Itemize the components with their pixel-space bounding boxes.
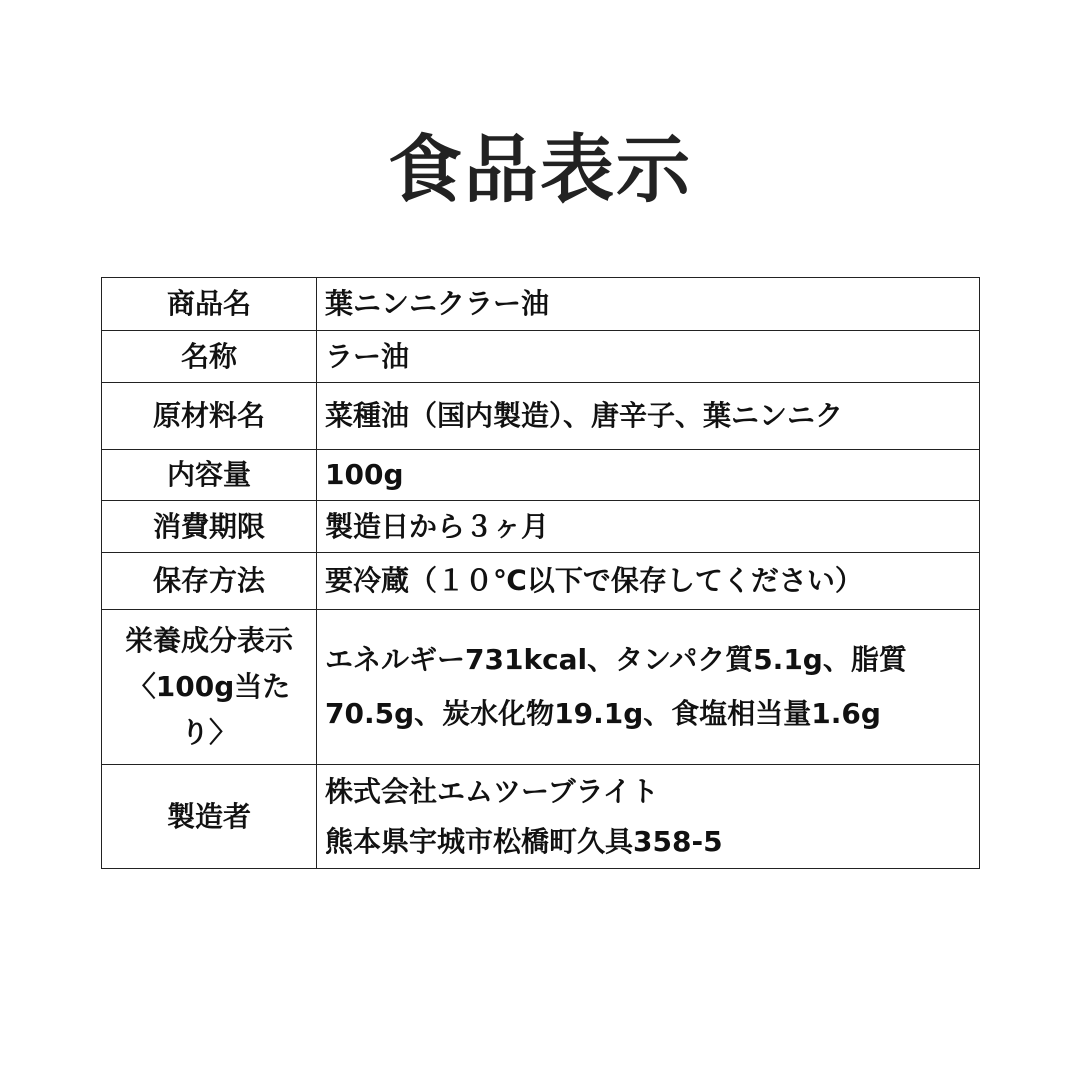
row-value: ラー油 (317, 331, 980, 383)
manufacturer-value: 株式会社エムツーブライト 熊本県宇城市松橋町久具358-5 (317, 765, 980, 869)
table-row-storage: 保存方法 要冷蔵（１０℃以下で保存してください） (102, 553, 980, 610)
nutrition-label-line: 〈100g当た (102, 664, 316, 710)
table-row-product-name: 商品名 葉ニンニクラー油 (102, 278, 980, 331)
nutrition-label-line: 栄養成分表示 (102, 618, 316, 664)
row-value: 要冷蔵（１０℃以下で保存してください） (317, 553, 980, 610)
nutrition-value-line: 70.5g、炭水化物19.1g、食塩相当量1.6g (325, 687, 979, 741)
table-row-expiry: 消費期限 製造日から３ヶ月 (102, 501, 980, 553)
manufacturer-label: 製造者 (102, 765, 317, 869)
food-label-table: 商品名 葉ニンニクラー油 名称 ラー油 原材料名 菜種油（国内製造）、唐辛子、葉… (101, 277, 980, 869)
row-label: 保存方法 (102, 553, 317, 610)
table-row-name: 名称 ラー油 (102, 331, 980, 383)
nutrition-value-line: エネルギー731kcal、タンパク質5.1g、脂質 (325, 633, 979, 687)
manufacturer-company: 株式会社エムツーブライト (325, 767, 979, 817)
row-value: 葉ニンニクラー油 (317, 278, 980, 331)
row-label: 名称 (102, 331, 317, 383)
row-value: 菜種油（国内製造）、唐辛子、葉ニンニク (317, 383, 980, 450)
page-title: 食品表示 (0, 128, 1080, 212)
row-value: 100g (317, 450, 980, 501)
row-value: 製造日から３ヶ月 (317, 501, 980, 553)
row-label: 消費期限 (102, 501, 317, 553)
row-label: 商品名 (102, 278, 317, 331)
table-row-ingredients: 原材料名 菜種油（国内製造）、唐辛子、葉ニンニク (102, 383, 980, 450)
nutrition-value: エネルギー731kcal、タンパク質5.1g、脂質 70.5g、炭水化物19.1… (317, 610, 980, 765)
nutrition-label: 栄養成分表示 〈100g当た り〉 (102, 610, 317, 765)
table-row-net-weight: 内容量 100g (102, 450, 980, 501)
row-label: 内容量 (102, 450, 317, 501)
table-row-nutrition: 栄養成分表示 〈100g当た り〉 エネルギー731kcal、タンパク質5.1g… (102, 610, 980, 765)
manufacturer-address: 熊本県宇城市松橋町久具358-5 (325, 817, 979, 867)
table-row-manufacturer: 製造者 株式会社エムツーブライト 熊本県宇城市松橋町久具358-5 (102, 765, 980, 869)
nutrition-label-line: り〉 (102, 710, 316, 756)
row-label: 原材料名 (102, 383, 317, 450)
